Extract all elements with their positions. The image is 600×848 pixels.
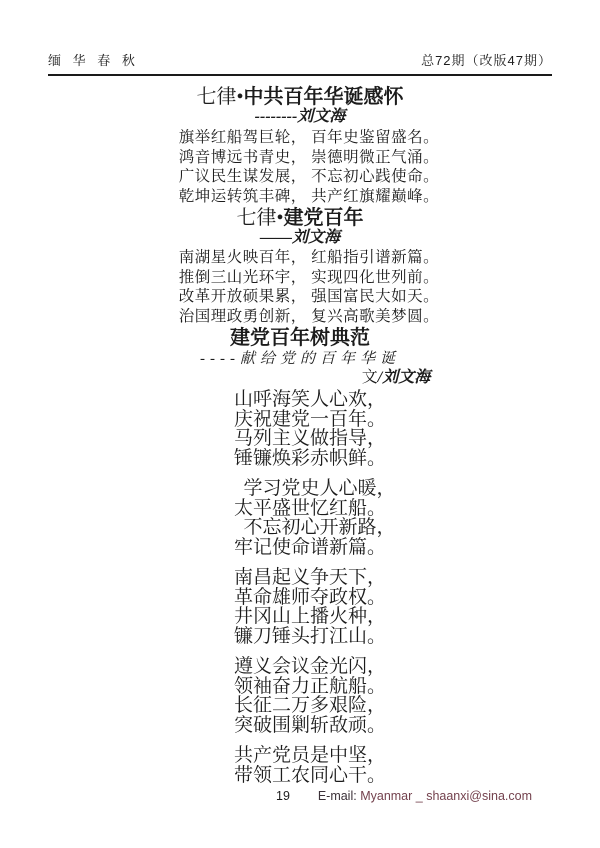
poem-2: 七律•建党百年 ——刘文海 南湖星火映百年， 红船指引谱新篇。 推倒三山光环宇，… xyxy=(0,207,600,326)
email: E-mail: Myanmar _ shaanxi@sina.com xyxy=(318,789,532,803)
poem-3-byline: 文/刘文海 xyxy=(96,369,600,387)
stanza-line: 南昌起义争天下， xyxy=(10,568,600,588)
stanza-line: 突破围剿斩敌顽。 xyxy=(10,716,600,736)
email-address: Myanmar _ shaanxi@sina.com xyxy=(360,789,532,803)
issue-info: 总72期（改版47期） xyxy=(421,50,552,69)
poem-2-body: 南湖星火映百年， 红船指引谱新篇。 推倒三山光环宇， 实现四化世列前。 改革开放… xyxy=(9,248,600,326)
poem-line: 推倒三山光环宇， 实现四化世列前。 xyxy=(9,268,600,288)
stanza-3: 南昌起义争天下， 革命雄师夺政权。 井冈山上播火种， 镰刀锤头打江山。 xyxy=(10,568,600,646)
stanza-line: 领袖奋力正航船。 xyxy=(10,677,600,697)
byline-prefix: 文 xyxy=(362,369,378,386)
poem-3-stanzas: 山呼海笑人心欢， 庆祝建党一百年。 马列主义做指导， 锤镰焕彩赤帜鲜。 学习党史… xyxy=(10,390,600,785)
stanza-line: 井冈山上播火种， xyxy=(10,607,600,627)
poem-line: 改革开放硕果累， 强国富民大如天。 xyxy=(9,287,600,307)
stanza-line: 革命雄师夺政权。 xyxy=(10,588,600,608)
byline-author: /刘文海 xyxy=(378,369,430,386)
poem-line: 南湖星火映百年， 红船指引谱新篇。 xyxy=(9,248,600,268)
poem-3-title: 建党百年树典范 xyxy=(0,328,600,349)
stanza-line: 马列主义做指导， xyxy=(10,429,600,449)
stanza-line: 庆祝建党一百年。 xyxy=(10,410,600,430)
poem-2-author: ——刘文海 xyxy=(0,230,600,246)
stanza-line: 长征二万多艰险， xyxy=(10,696,600,716)
poem-2-title-prefix: 七律• xyxy=(236,207,283,229)
poem-line: 治国理政勇创新， 复兴高歌美梦圆。 xyxy=(9,307,600,327)
stanza-line: 牢记使命谱新篇。 xyxy=(10,538,600,558)
magazine-page: 缅 华 春 秋 总72期（改版47期） 七律•中共百年华诞感怀 --------… xyxy=(0,0,600,848)
stanza-line: 太平盛世忆红船。 xyxy=(10,499,600,519)
poem-2-title: 七律•建党百年 xyxy=(0,207,600,229)
poem-3: 建党百年树典范 ----献给党的百年华诞 文/刘文海 山呼海笑人心欢， 庆祝建党… xyxy=(0,328,600,785)
stanza-line: 带领工农同心干。 xyxy=(10,766,600,786)
stanza-line: 学习党史人心暖， xyxy=(10,479,600,499)
page-content: 七律•中共百年华诞感怀 --------刘文海 旗举红船驾巨轮， 百年史鉴留盛名… xyxy=(0,73,600,785)
poem-1-author: --------刘文海 xyxy=(0,109,600,125)
stanza-line: 锤镰焕彩赤帜鲜。 xyxy=(10,449,600,469)
stanza-line: 遵义会议金光闪， xyxy=(10,657,600,677)
poem-1-title: 七律•中共百年华诞感怀 xyxy=(0,86,600,108)
journal-name: 缅 华 春 秋 xyxy=(48,50,139,69)
stanza-line: 不忘初心开新路， xyxy=(10,518,600,538)
poem-line: 乾坤运转筑丰碑， 共产红旗耀巅峰。 xyxy=(9,187,600,207)
page-footer: 19 E-mail: Myanmar _ shaanxi@sina.com xyxy=(48,789,552,805)
poem-line: 广议民生谋发展， 不忘初心践使命。 xyxy=(9,167,600,187)
stanza-line: 镰刀锤头打江山。 xyxy=(10,627,600,647)
poem-1: 七律•中共百年华诞感怀 --------刘文海 旗举红船驾巨轮， 百年史鉴留盛名… xyxy=(0,86,600,206)
poem-2-title-main: 建党百年 xyxy=(284,207,364,229)
stanza-4: 遵义会议金光闪， 领袖奋力正航船。 长征二万多艰险， 突破围剿斩敌顽。 xyxy=(10,657,600,735)
poem-3-dedication: ----献给党的百年华诞 xyxy=(0,351,600,367)
stanza-2: 学习党史人心暖， 太平盛世忆红船。 不忘初心开新路， 牢记使命谱新篇。 xyxy=(10,479,600,557)
poem-line: 鸿音博远书青史， 崇德明微正气涌。 xyxy=(9,148,600,168)
poem-line: 旗举红船驾巨轮， 百年史鉴留盛名。 xyxy=(9,128,600,148)
poem-1-title-prefix: 七律• xyxy=(196,86,243,108)
poem-1-body: 旗举红船驾巨轮， 百年史鉴留盛名。 鸿音博远书青史， 崇德明微正气涌。 广议民生… xyxy=(9,128,600,206)
stanza-5: 共产党员是中坚， 带领工农同心干。 xyxy=(10,746,600,785)
poem-1-title-main: 中共百年华诞感怀 xyxy=(244,86,404,108)
stanza-line: 共产党员是中坚， xyxy=(10,746,600,766)
stanza-1: 山呼海笑人心欢， 庆祝建党一百年。 马列主义做指导， 锤镰焕彩赤帜鲜。 xyxy=(10,390,600,468)
email-label: E-mail: xyxy=(318,789,357,803)
stanza-line: 山呼海笑人心欢， xyxy=(10,390,600,410)
